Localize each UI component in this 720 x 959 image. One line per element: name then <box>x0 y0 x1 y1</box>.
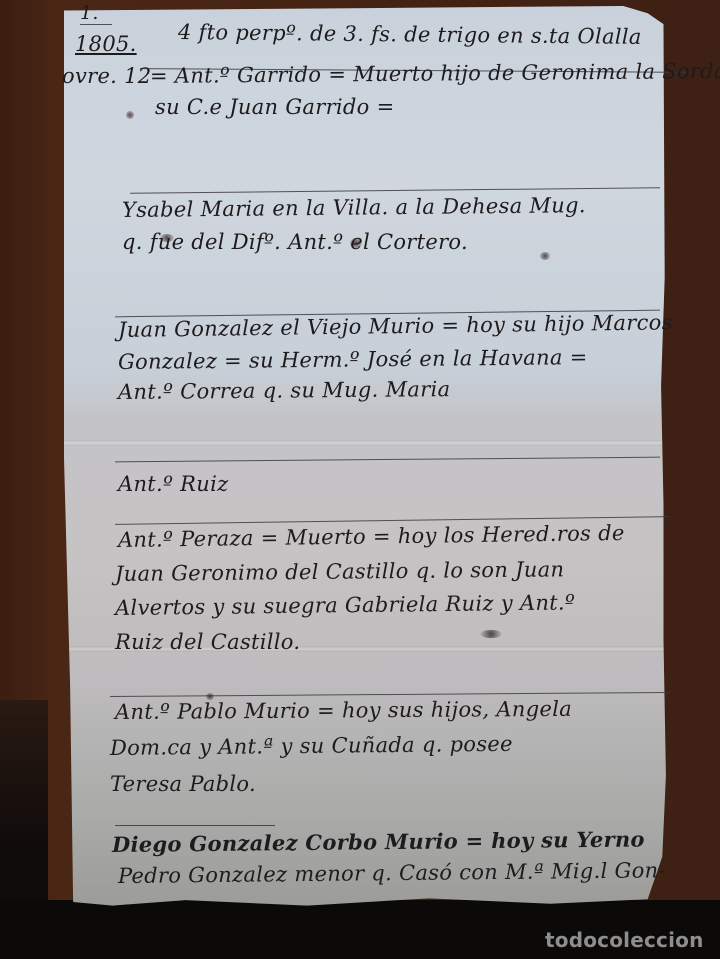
watermark-logo: todocoleccion <box>545 928 704 952</box>
entry-line: Ant.º Correa q. su Mug. Maria <box>118 377 451 404</box>
folio-number: 1. <box>80 2 99 24</box>
entry-line: Gonzalez = su Herm.º José en la Havana = <box>118 345 588 374</box>
entry-line: q. fue del Difº. Ant.º el Cortero. <box>122 230 468 254</box>
entry-line: Ant.º Ruiz <box>118 472 228 496</box>
folio-underline <box>80 24 112 25</box>
ink-stain <box>160 234 174 242</box>
ink-stain <box>126 111 134 119</box>
paper-fold <box>64 440 672 446</box>
entry-line: Dom.ca y Ant.ª y su Cuñada q. posee <box>110 732 513 760</box>
entry-line: Juan Geronimo del Castillo q. lo son Jua… <box>115 557 565 586</box>
ink-stain <box>206 693 214 700</box>
entry-line: Ruiz del Castillo. <box>115 630 300 654</box>
ink-stain <box>540 252 550 260</box>
ink-stain <box>350 238 362 248</box>
year: 1805. <box>75 32 137 56</box>
entry-date: ovre. 12 <box>62 64 151 88</box>
entry-line: Ant.º Pablo Murio = hoy sus hijos, Angel… <box>115 697 572 724</box>
page-heading: 4 fto perpº. de 3. fs. de trigo en s.ta … <box>178 20 642 49</box>
entry-divider <box>115 825 275 826</box>
entry-line: = Ant.º Garrido = Muerto hijo de Geronim… <box>150 59 720 88</box>
ink-stain <box>480 630 502 638</box>
entry-line: su C.e Juan Garrido = <box>155 95 394 119</box>
entry-line: Teresa Pablo. <box>110 772 256 796</box>
entry-line: Ysabel Maria en la Villa. a la Dehesa Mu… <box>122 193 586 222</box>
